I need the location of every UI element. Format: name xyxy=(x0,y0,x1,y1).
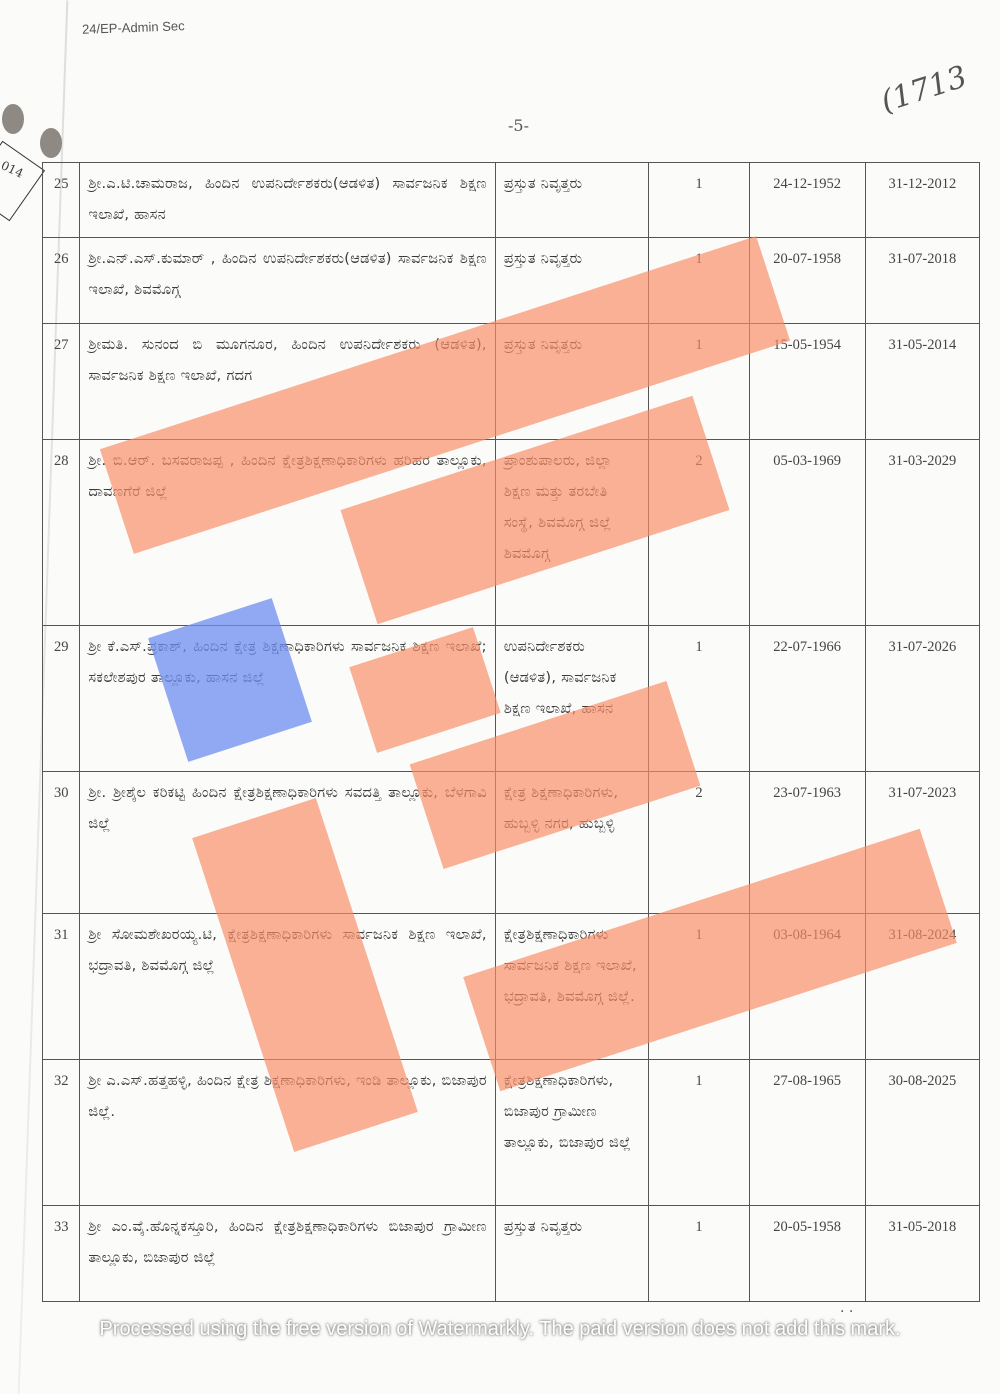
date-of-birth: 15-05-1954 xyxy=(749,324,865,440)
officer-name-details: ಶ್ರೀ ಸೋಮಶೇಖರಯ್ಯ.ಟಿ, ಕ್ಷೇತ್ರಶಿಕ್ಷಣಾಧಿಕಾರಿ… xyxy=(80,914,495,1060)
retirement-date: 31-05-2014 xyxy=(865,324,979,440)
table-row: 26ಶ್ರೀ.ಎನ್.ಎಸ್.ಕುಮಾರ್ , ಹಿಂದಿನ ಉಪನಿರ್ದೇಶ… xyxy=(43,238,980,324)
officer-name-details: ಶ್ರೀ.ಎನ್.ಎಸ್.ಕುಮಾರ್ , ಹಿಂದಿನ ಉಪನಿರ್ದೇಶಕರ… xyxy=(80,238,495,324)
handwritten-page-annotation: (1713 xyxy=(877,59,972,119)
officer-name-details: ಶ್ರೀ. ಬಿ.ಆರ್. ಬಸವರಾಜಪ್ಪ , ಹಿಂದಿನ ಕ್ಷೇತ್ರ… xyxy=(80,440,495,626)
count-value: 1 xyxy=(649,163,749,238)
page-number: -5- xyxy=(508,116,529,135)
date-of-birth: 05-03-1969 xyxy=(749,440,865,626)
officer-name-details: ಶ್ರೀಮತಿ. ಸುನಂದ ಬಿ ಮೂಗನೂರ, ಹಿಂದಿನ ಉಪನಿರ್ದ… xyxy=(80,324,495,440)
retirement-date: 31-07-2023 xyxy=(865,772,979,914)
document-reference: 24/EP-Admin Sec xyxy=(82,18,185,37)
retirement-date: 31-08-2024 xyxy=(865,914,979,1060)
officer-name-details: ಶ್ರೀ ಎ.ಎಸ್.ಹತ್ತಹಳ್ಳಿ, ಹಿಂದಿನ ಕ್ಷೇತ್ರ ಶಿಕ… xyxy=(80,1060,495,1206)
stray-marks: . . xyxy=(840,1300,853,1316)
serial-number: 33 xyxy=(43,1206,80,1302)
officer-name-details: ಶ್ರೀ ಕೆ.ಎಸ್.ಪ್ರಕಾಶ್, ಹಿಂದಿನ ಕ್ಷೇತ್ರ ಶಿಕ್… xyxy=(80,626,495,772)
count-value: 1 xyxy=(649,914,749,1060)
current-designation: ಪ್ರಸ್ತುತ ನಿವೃತ್ತರು xyxy=(495,1206,649,1302)
serial-number: 25 xyxy=(43,163,80,238)
date-of-birth: 03-08-1964 xyxy=(749,914,865,1060)
current-designation: ಕ್ಷೇತ್ರಶಿಕ್ಷಣಾಧಿಕಾರಿಗಳು ಸಾರ್ವಜನಿಕ ಶಿಕ್ಷಣ… xyxy=(495,914,649,1060)
serial-number: 27 xyxy=(43,324,80,440)
date-of-birth: 20-07-1958 xyxy=(749,238,865,324)
count-value: 2 xyxy=(649,440,749,626)
retirement-date: 31-03-2029 xyxy=(865,440,979,626)
count-value: 1 xyxy=(649,238,749,324)
current-designation: ಕ್ಷೇತ್ರಶಿಕ್ಷಣಾಧಿಕಾರಿಗಳು, ಬಿಜಾಪುರ ಗ್ರಾಮೀಣ… xyxy=(495,1060,649,1206)
count-value: 1 xyxy=(649,324,749,440)
table-row: 32ಶ್ರೀ ಎ.ಎಸ್.ಹತ್ತಹಳ್ಳಿ, ಹಿಂದಿನ ಕ್ಷೇತ್ರ ಶ… xyxy=(43,1060,980,1206)
current-designation: ಪ್ರಾಂಶುಪಾಲರು, ಜಿಲ್ಲಾ ಶಿಕ್ಷಣ ಮತ್ತು ತರಬೇತಿ… xyxy=(495,440,649,626)
current-designation: ಕ್ಷೇತ್ರ ಶಿಕ್ಷಣಾಧಿಕಾರಿಗಳು, ಹುಬ್ಬಳ್ಳಿ ನಗರ,… xyxy=(495,772,649,914)
officers-table: 25ಶ್ರೀ.ಎ.ಟಿ.ಚಾಮರಾಜ, ಹಿಂದಿನ ಉಪನಿರ್ದೇಶಕರು(… xyxy=(42,162,980,1302)
serial-number: 30 xyxy=(43,772,80,914)
table-row: 30ಶ್ರೀ. ಶ್ರೀಶೈಲ ಕರಿಕಟ್ಟಿ ಹಿಂದಿನ ಕ್ಷೇತ್ರಶ… xyxy=(43,772,980,914)
officer-name-details: ಶ್ರೀ. ಶ್ರೀಶೈಲ ಕರಿಕಟ್ಟಿ ಹಿಂದಿನ ಕ್ಷೇತ್ರಶಿಕ… xyxy=(80,772,495,914)
table-row: 27ಶ್ರೀಮತಿ. ಸುನಂದ ಬಿ ಮೂಗನೂರ, ಹಿಂದಿನ ಉಪನಿರ… xyxy=(43,324,980,440)
count-value: 2 xyxy=(649,772,749,914)
retirement-date: 30-08-2025 xyxy=(865,1060,979,1206)
serial-number: 26 xyxy=(43,238,80,324)
punch-hole xyxy=(40,128,62,158)
stamp-fragment: 014 xyxy=(0,141,45,222)
table-row: 31ಶ್ರೀ ಸೋಮಶೇಖರಯ್ಯ.ಟಿ, ಕ್ಷೇತ್ರಶಿಕ್ಷಣಾಧಿಕಾ… xyxy=(43,914,980,1060)
current-designation: ಪ್ರಸ್ತುತ ನಿವೃತ್ತರು xyxy=(495,238,649,324)
watermark-notice: Processed using the free version of Wate… xyxy=(50,1318,950,1341)
date-of-birth: 27-08-1965 xyxy=(749,1060,865,1206)
date-of-birth: 24-12-1952 xyxy=(749,163,865,238)
retirement-date: 31-12-2012 xyxy=(865,163,979,238)
count-value: 1 xyxy=(649,1060,749,1206)
table-row: 28ಶ್ರೀ. ಬಿ.ಆರ್. ಬಸವರಾಜಪ್ಪ , ಹಿಂದಿನ ಕ್ಷೇತ… xyxy=(43,440,980,626)
count-value: 1 xyxy=(649,626,749,772)
retirement-date: 31-07-2018 xyxy=(865,238,979,324)
serial-number: 31 xyxy=(43,914,80,1060)
serial-number: 29 xyxy=(43,626,80,772)
serial-number: 28 xyxy=(43,440,80,626)
date-of-birth: 20-05-1958 xyxy=(749,1206,865,1302)
retirement-date: 31-07-2026 xyxy=(865,626,979,772)
punch-hole xyxy=(2,104,24,134)
current-designation: ಉಪನಿರ್ದೇಶಕರು (ಆಡಳಿತ), ಸಾರ್ವಜನಿಕ ಶಿಕ್ಷಣ ಇ… xyxy=(495,626,649,772)
date-of-birth: 22-07-1966 xyxy=(749,626,865,772)
serial-number: 32 xyxy=(43,1060,80,1206)
table-row: 29ಶ್ರೀ ಕೆ.ಎಸ್.ಪ್ರಕಾಶ್, ಹಿಂದಿನ ಕ್ಷೇತ್ರ ಶಿ… xyxy=(43,626,980,772)
count-value: 1 xyxy=(649,1206,749,1302)
date-of-birth: 23-07-1963 xyxy=(749,772,865,914)
officer-name-details: ಶ್ರೀ ಎಂ.ವೈ.ಹೊನ್ನಕಸ್ತೂರಿ, ಹಿಂದಿನ ಕ್ಷೇತ್ರಶ… xyxy=(80,1206,495,1302)
officer-name-details: ಶ್ರೀ.ಎ.ಟಿ.ಚಾಮರಾಜ, ಹಿಂದಿನ ಉಪನಿರ್ದೇಶಕರು(ಆಡ… xyxy=(80,163,495,238)
table-row: 25ಶ್ರೀ.ಎ.ಟಿ.ಚಾಮರಾಜ, ಹಿಂದಿನ ಉಪನಿರ್ದೇಶಕರು(… xyxy=(43,163,980,238)
retirement-date: 31-05-2018 xyxy=(865,1206,979,1302)
current-designation: ಪ್ರಸ್ತುತ ನಿವೃತ್ತರು xyxy=(495,324,649,440)
table-row: 33ಶ್ರೀ ಎಂ.ವೈ.ಹೊನ್ನಕಸ್ತೂರಿ, ಹಿಂದಿನ ಕ್ಷೇತ್… xyxy=(43,1206,980,1302)
current-designation: ಪ್ರಸ್ತುತ ನಿವೃತ್ತರು xyxy=(495,163,649,238)
